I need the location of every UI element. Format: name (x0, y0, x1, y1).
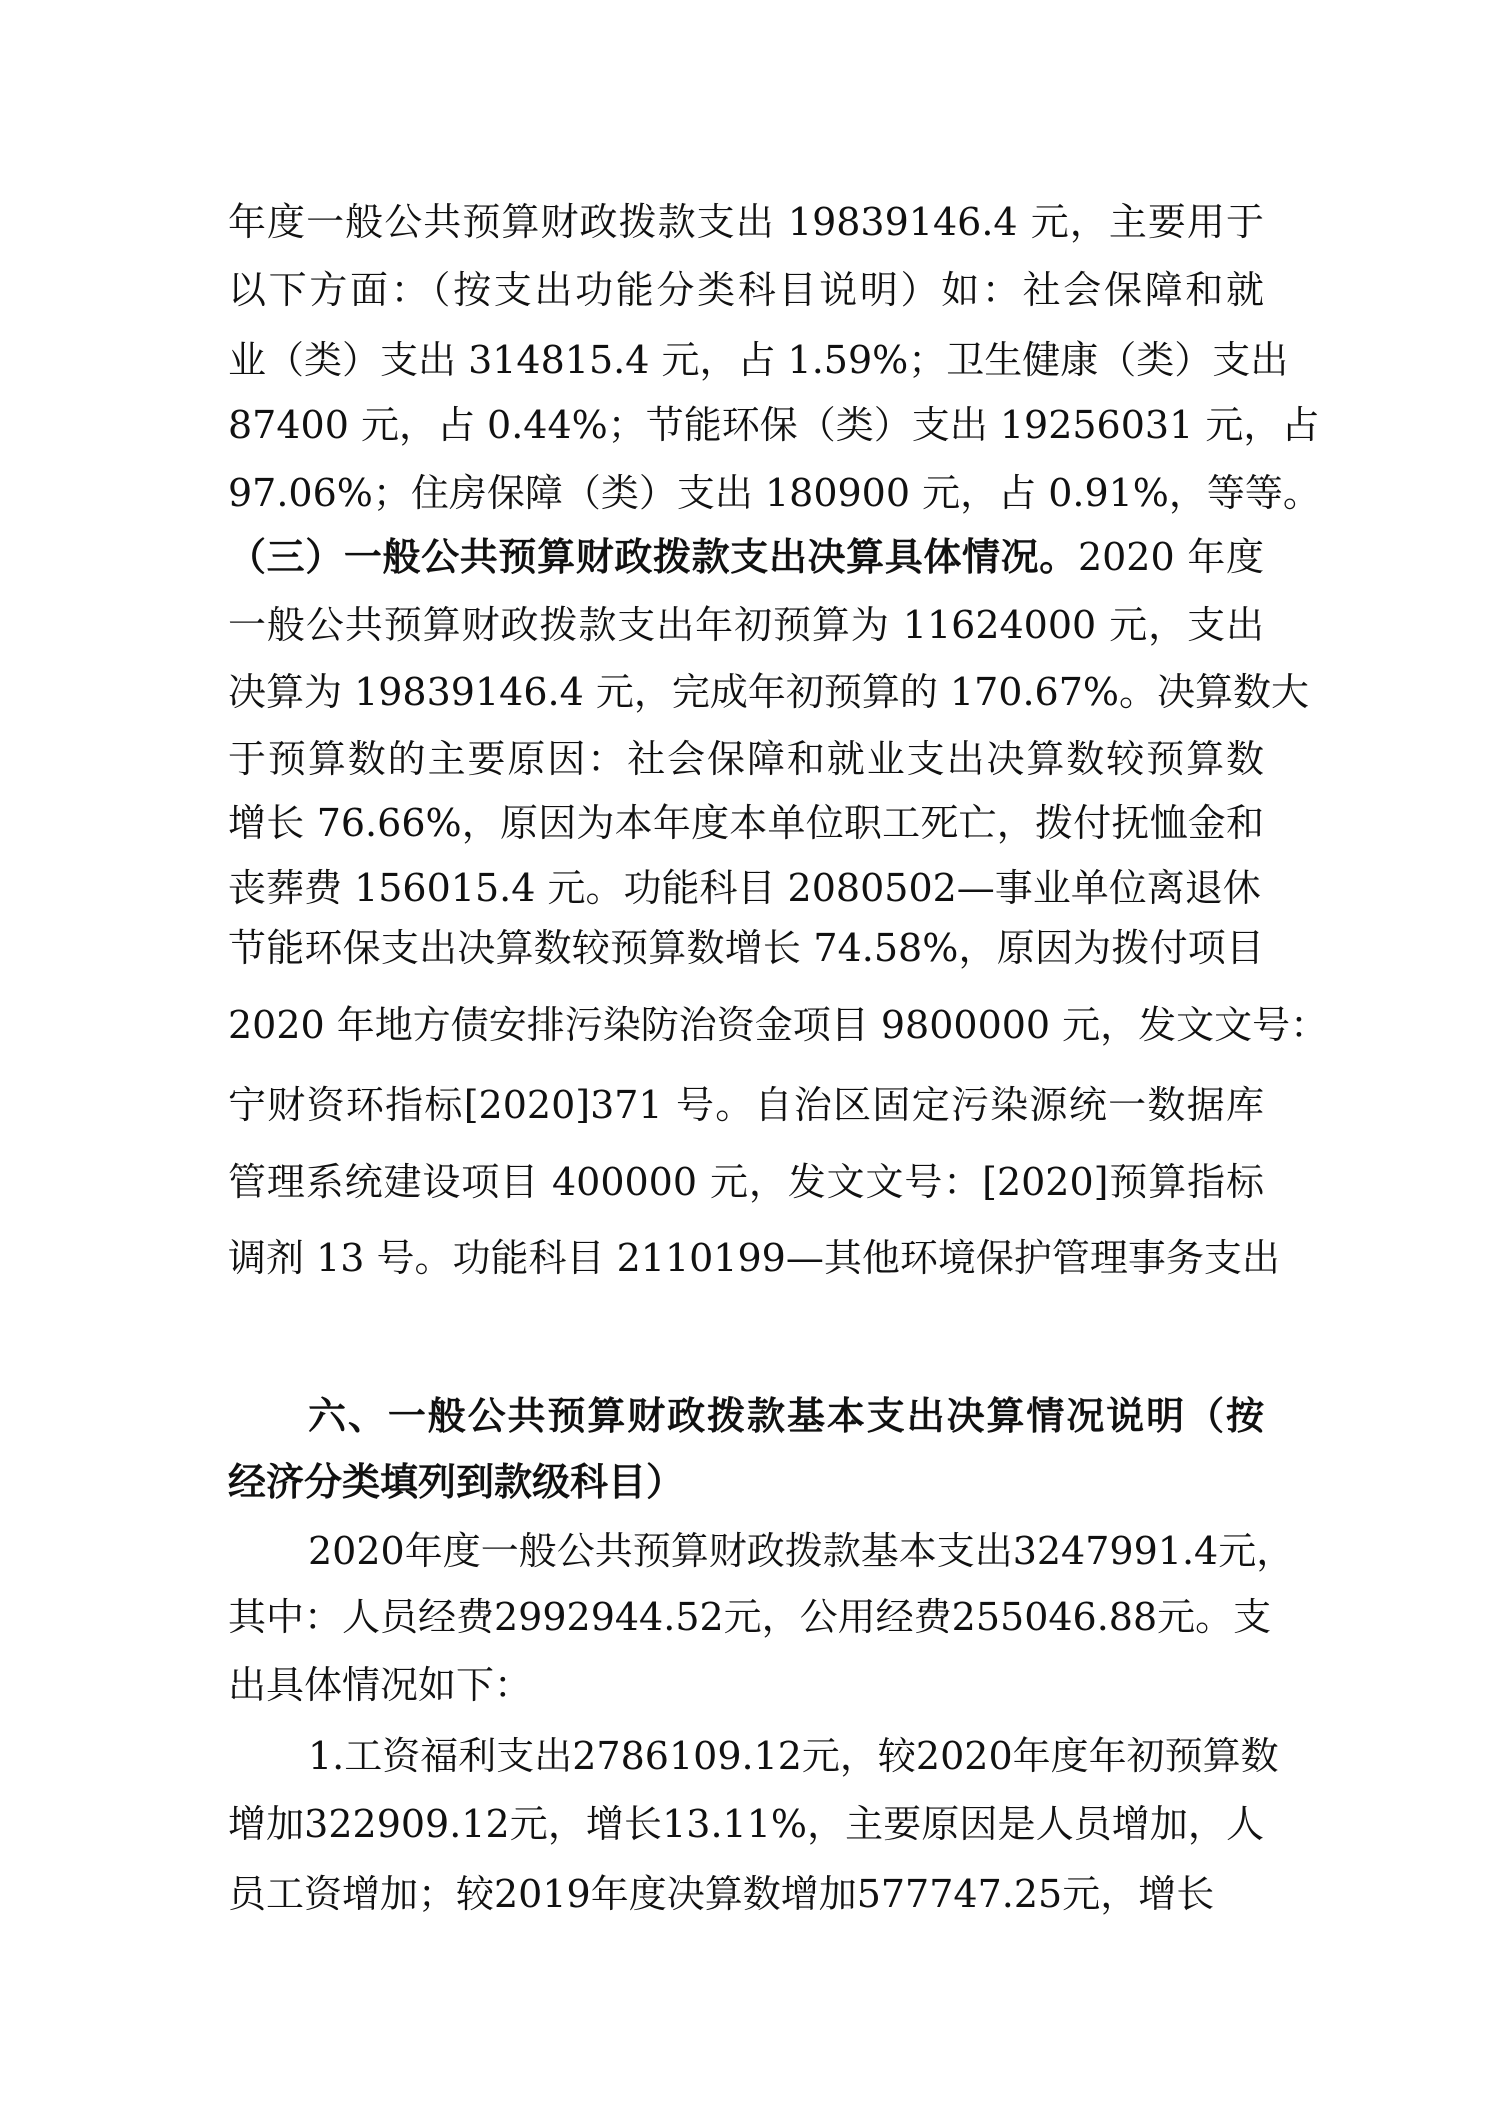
body-line: 节能环保支出决算数较预算数增长 74.58%，原因为拨付项目 (228, 923, 1264, 973)
body-line: 决算为 19839146.4 元，完成年初预算的 170.67%。决算数大 (228, 667, 1264, 717)
body-line: 出具体情况如下： (228, 1660, 1264, 1710)
section-six-heading-line1: 六、一般公共预算财政拨款基本支出决算情况说明（按 (308, 1391, 1264, 1441)
body-line: 一般公共预算财政拨款支出年初预算为 11624000 元，支出 (228, 600, 1264, 650)
body-line: 丧葬费 156015.4 元。功能科目 2080502—事业单位离退休 (228, 863, 1264, 913)
body-line: 以下方面：（按支出功能分类科目说明）如：社会保障和就 (228, 265, 1264, 315)
body-line: 于预算数的主要原因：社会保障和就业支出决算数较预算数 (228, 734, 1264, 784)
body-text: 2020 年度 (1078, 535, 1264, 579)
body-line: 2020 年地方债安排污染防治资金项目 9800000 元，发文文号： (228, 1000, 1264, 1050)
body-line: 年度一般公共预算财政拨款支出 19839146.4 元，主要用于 (228, 197, 1264, 247)
body-line: 87400 元，占 0.44%；节能环保（类）支出 19256031 元，占 (228, 400, 1264, 450)
body-line: 2020年度一般公共预算财政拨款基本支出3247991.4元， (308, 1526, 1264, 1576)
body-line: 增长 76.66%，原因为本年度本单位职工死亡，拨付抚恤金和 (228, 798, 1264, 848)
list-item-salary-welfare: 1.工资福利支出2786109.12元，较2020年度年初预算数 (308, 1731, 1264, 1781)
subsection-three-heading: （三）一般公共预算财政拨款支出决算具体情况。 (228, 534, 1078, 579)
body-line: 员工资增加；较2019年度决算数增加577747.25元，增长 (228, 1869, 1264, 1919)
document-page: 年度一般公共预算财政拨款支出 19839146.4 元，主要用于 以下方面：（按… (0, 0, 1486, 2103)
body-line: 增加322909.12元，增长13.11%，主要原因是人员增加，人 (228, 1799, 1264, 1849)
body-line: 其中：人员经费2992944.52元，公用经费255046.88元。支 (228, 1592, 1264, 1642)
body-line: 管理系统建设项目 400000 元，发文文号：[2020]预算指标 (228, 1157, 1264, 1207)
body-line: 业（类）支出 314815.4 元，占 1.59%；卫生健康（类）支出 (228, 335, 1264, 385)
body-line: 宁财资环指标[2020]371 号。自治区固定污染源统一数据库 (228, 1080, 1264, 1130)
subsection-three-line: （三）一般公共预算财政拨款支出决算具体情况。2020 年度 (228, 532, 1264, 582)
body-line: 97.06%；住房保障（类）支出 180900 元，占 0.91%，等等。 (228, 468, 1264, 518)
body-line: 调剂 13 号。功能科目 2110199—其他环境保护管理事务支出 (228, 1233, 1264, 1283)
section-six-heading-line2: 经济分类填列到款级科目） (228, 1457, 1264, 1507)
